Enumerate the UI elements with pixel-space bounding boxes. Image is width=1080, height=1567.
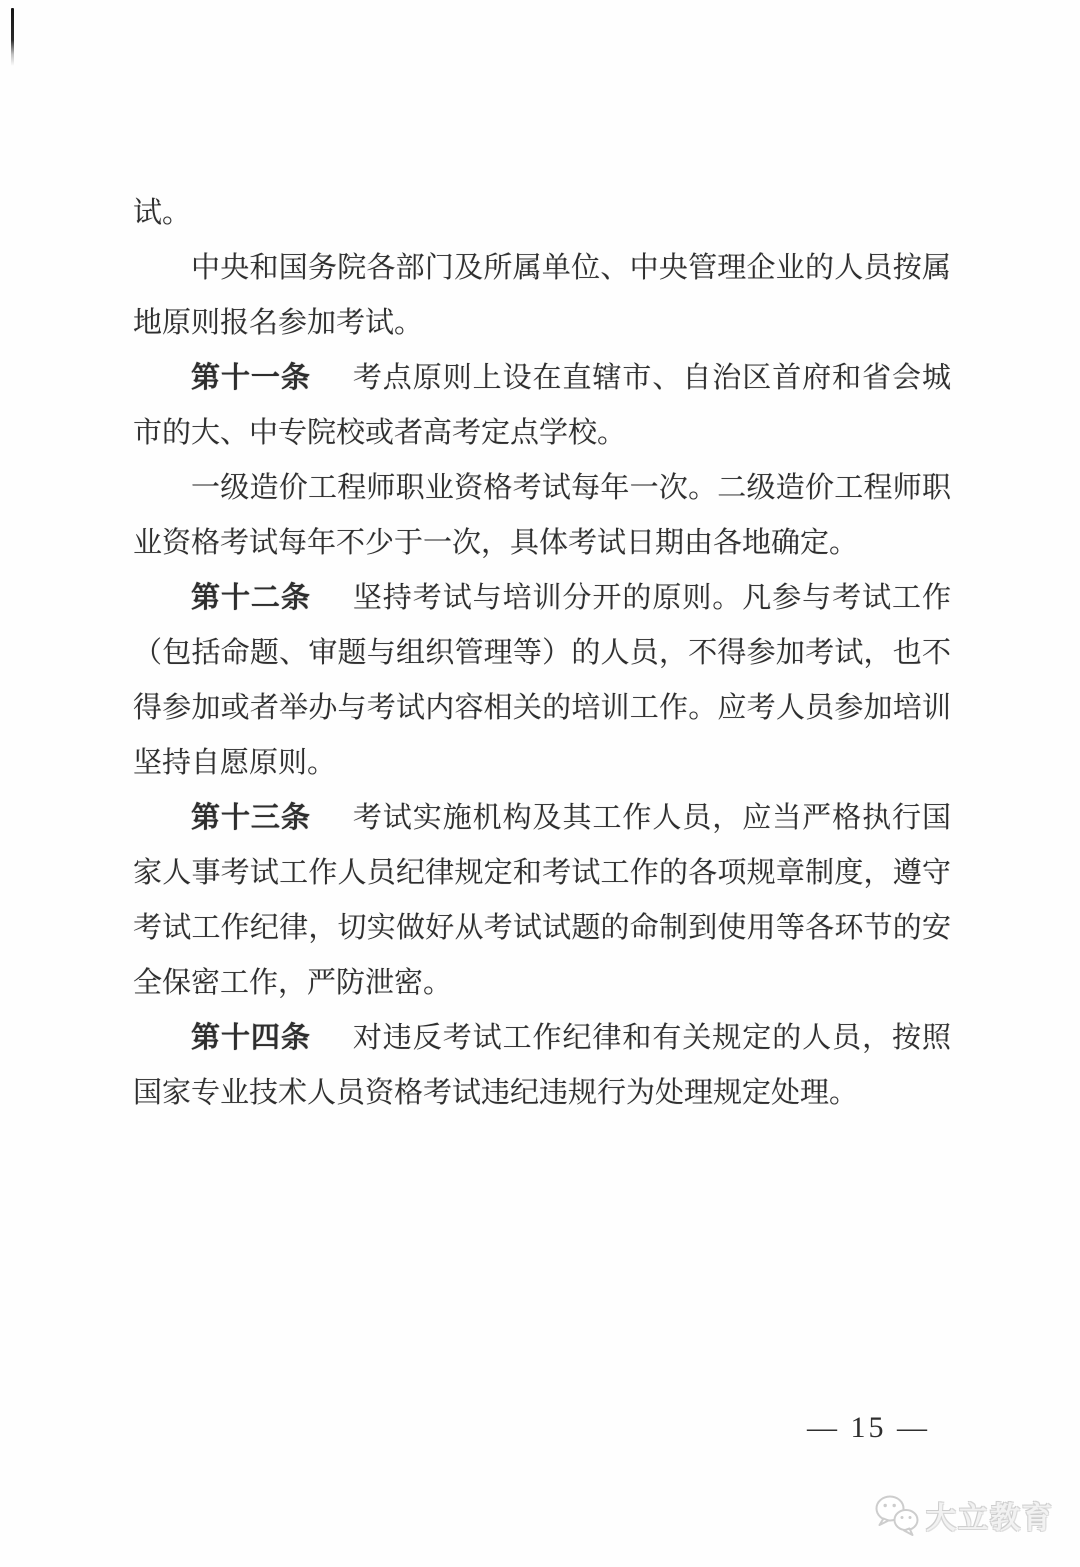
paragraph: 第十三条考试实施机构及其工作人员，应当严格执行国家人事考试工作人员纪律规定和考试… <box>133 791 951 1011</box>
article-number: 第十一条 <box>191 362 311 394</box>
page-number: — 15 — <box>807 1408 930 1448</box>
paragraph: 第十二条坚持考试与培训分开的原则。凡参与考试工作（包括命题、审题与组织管理等）的… <box>133 571 951 791</box>
document-body: 试。中央和国务院各部门及所属单位、中央管理企业的人员按属地原则报名参加考试。第十… <box>133 186 951 1121</box>
article-number: 第十三条 <box>191 802 311 834</box>
article-number: 第十二条 <box>191 582 311 614</box>
paragraph: 一级造价工程师职业资格考试每年一次。二级造价工程师职业资格考试每年不少于一次，具… <box>133 461 951 571</box>
paragraph: 中央和国务院各部门及所属单位、中央管理企业的人员按属地原则报名参加考试。 <box>133 241 951 351</box>
document-page: 试。中央和国务院各部门及所属单位、中央管理企业的人员按属地原则报名参加考试。第十… <box>0 0 1080 1567</box>
paragraph: 第十一条考点原则上设在直辖市、自治区首府和省会城市的大、中专院校或者高考定点学校… <box>133 351 951 461</box>
paragraph: 试。 <box>133 186 951 241</box>
scan-artifact-line <box>11 8 14 66</box>
article-number: 第十四条 <box>191 1022 311 1054</box>
paragraph: 第十四条对违反考试工作纪律和有关规定的人员，按照国家专业技术人员资格考试违纪违规… <box>133 1011 951 1121</box>
wechat-icon <box>873 1492 921 1538</box>
brand-name: 大立教育 <box>926 1493 1054 1537</box>
brand-watermark: 大立教育 <box>873 1492 1054 1538</box>
